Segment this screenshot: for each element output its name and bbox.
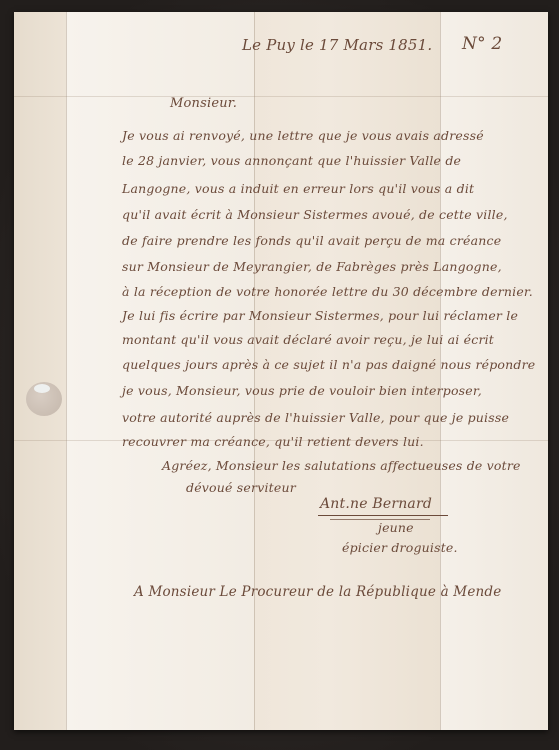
body-line: votre autorité auprès de l'huissier Vall… (122, 410, 509, 425)
body-line: quelques jours après à ce sujet il n'a p… (122, 357, 535, 372)
place-date: Le Puy le 17 Mars 1851. (242, 36, 432, 54)
recipient-address: A Monsieur Le Procureur de la République… (134, 584, 501, 600)
closing-servitor: dévoué serviteur (186, 480, 296, 495)
body-line: le 28 janvier, vous annonçant que l'huis… (122, 153, 461, 168)
body-line: je vous, Monsieur, vous prie de vouloir … (122, 383, 482, 398)
paper-panel-left-edge (14, 12, 66, 730)
signature-name: Ant.ne Bernard (320, 496, 432, 512)
salutation: Monsieur. (170, 96, 237, 111)
body-line: de faire prendre les fonds qu'il avait p… (122, 233, 501, 248)
body-line: Je vous ai renvoyé, une lettre que je vo… (122, 128, 484, 143)
body-line: Je lui fis écrire par Monsieur Sistermes… (122, 308, 518, 323)
seal-wax-remnant (26, 382, 62, 416)
body-line: à la réception de votre honorée lettre d… (122, 284, 533, 299)
body-line: Langogne, vous a induit en erreur lors q… (122, 181, 474, 196)
signature-flourish (318, 515, 448, 516)
closing-line: Agréez, Monsieur les salutations affectu… (162, 458, 521, 473)
vertical-fold (66, 12, 67, 730)
body-line: qu'il avait écrit à Monsieur Sistermes a… (122, 207, 508, 222)
signature-title: épicier droguiste. (342, 540, 458, 555)
body-line: sur Monsieur de Meyrangier, de Fabrèges … (122, 259, 502, 274)
horizontal-fold (14, 96, 548, 97)
body-line: montant qu'il vous avait déclaré avoir r… (122, 332, 494, 347)
body-line: recouvrer ma créance, qu'il retient deve… (122, 434, 424, 449)
letter-number: N° 2 (462, 34, 502, 54)
signature-suffix: jeune (378, 520, 414, 535)
